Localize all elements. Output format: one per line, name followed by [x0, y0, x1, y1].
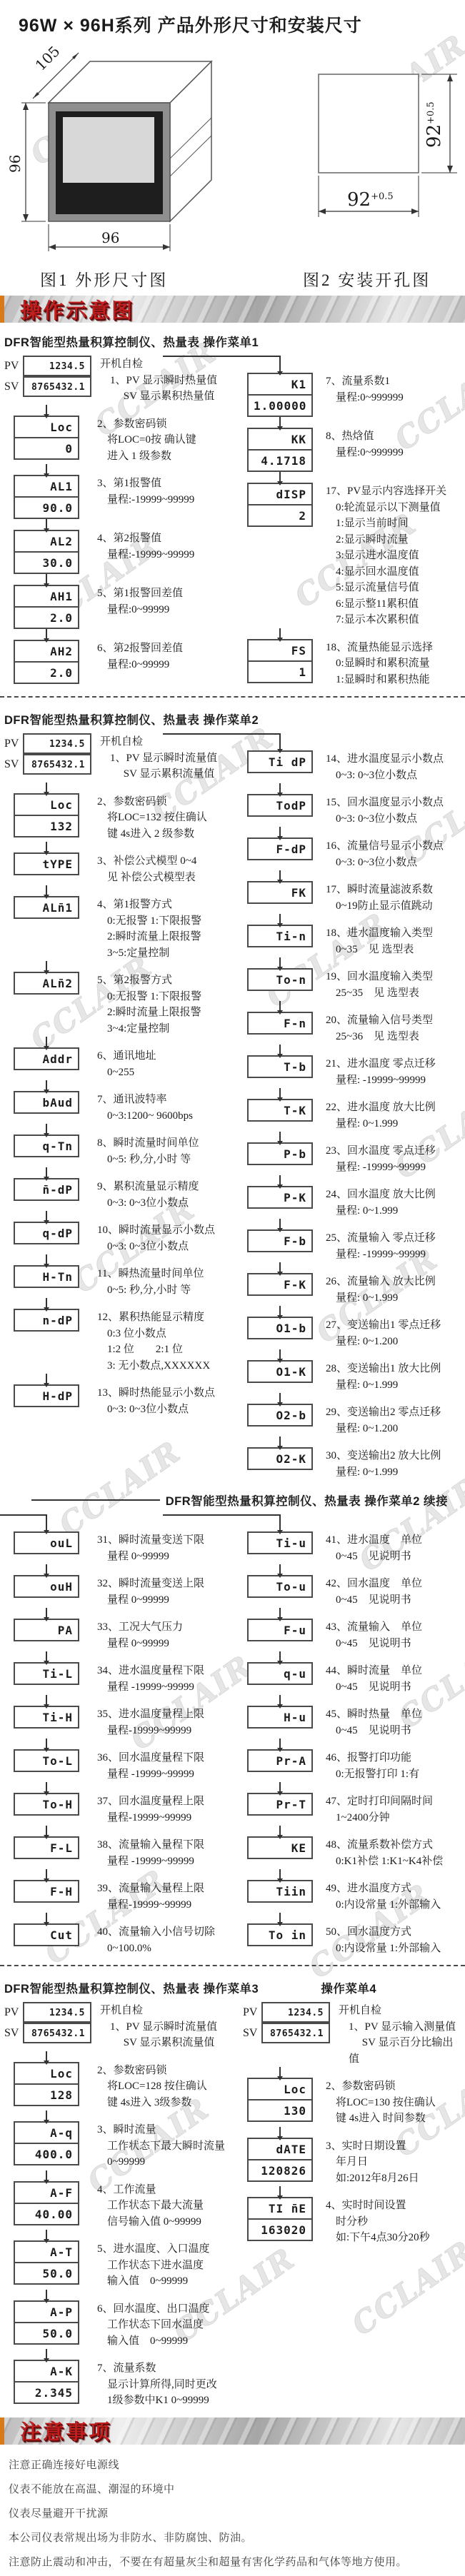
connector	[4, 1826, 89, 1836]
pvsv-row: SV8765432.1	[243, 2023, 330, 2043]
lcd-param-name: Cut	[14, 1923, 79, 1946]
description-line: 46、报警打印功能	[326, 1750, 462, 1766]
lcd-box-column: bAud	[4, 1091, 89, 1124]
menu-column-left: PV1234.5SV8765432.1开机自检1、PV 显示瞬时流量值 SV 显…	[4, 2002, 243, 2409]
lcd-param-name: P-K	[247, 1186, 313, 1209]
fig1-dim-width: 96	[101, 229, 119, 246]
description-line: 工作状态下进水温度	[97, 2258, 243, 2274]
lcd-box-column: F-u	[243, 1619, 317, 1651]
lcd-box-column: A-T50.0	[4, 2240, 89, 2290]
note-line: 本公司仪表常规出场为非防水、非防腐蚀、防油。	[9, 2530, 458, 2545]
pvsv-row: SV8765432.1	[4, 754, 91, 775]
description-line: 量程 -19999~99999	[97, 1853, 243, 1870]
down-arrow	[46, 1254, 47, 1265]
connector	[243, 1608, 317, 1619]
pv-sv-display: PV1234.5SV8765432.1	[243, 2002, 330, 2043]
connector	[243, 1437, 317, 1447]
description-line: 开机自检	[100, 2003, 243, 2019]
lcd-display: ouH	[14, 1575, 79, 1598]
menu-section: DFR智能型热量积算控制仪、热量表 操作菜单3操作菜单4PV1234.5SV87…	[0, 1969, 465, 2410]
lcd-box-column: q-Tn	[4, 1134, 89, 1167]
down-arrow	[46, 1608, 47, 1619]
lcd-box-column: F-dP	[243, 837, 317, 870]
description-line: 0~5: 秒,分,小时 等	[97, 1282, 243, 1299]
lcd-display: KK4.1718	[247, 428, 313, 472]
description-line: 42、回水温度 单位	[326, 1576, 462, 1592]
lcd-display: H-Tn	[14, 1265, 79, 1288]
lcd-box-column: ALn̄2	[4, 972, 89, 1037]
param-description: 4、第1报警方式0:无报警 1:下限报警2:瞬时流量上限报警3~5:定量控制	[97, 896, 243, 961]
down-arrow	[279, 2067, 281, 2078]
description-line: 0~35 见 选型表	[326, 942, 462, 958]
down-arrow	[46, 2170, 47, 2181]
lcd-box-column: H-u	[243, 1706, 317, 1739]
menu-title: DFR智能型热量积算控制仪、热量表 操作菜单1	[4, 333, 259, 350]
lcd-param-name: To-L	[14, 1749, 79, 1772]
connector	[243, 2186, 317, 2197]
menu-title: DFR智能型热量积算控制仪、热量表 操作菜单2	[4, 710, 259, 728]
lcd-param-name: KK	[247, 428, 313, 451]
lcd-display: ouL	[14, 1531, 79, 1554]
connector	[243, 914, 317, 925]
lcd-param-name: O1-b	[247, 1317, 313, 1339]
lcd-box-column: FS1	[243, 639, 317, 688]
param-description: 20、流量输入信号类型25~36 见 选型表	[326, 1012, 462, 1045]
lcd-display: TodP	[247, 794, 313, 817]
down-arrow	[279, 628, 281, 639]
connector	[243, 472, 317, 483]
param-description: 2、参数密码锁将LOC=128 按住确认键 4s进入 3级参数	[97, 2062, 243, 2111]
description-line: 量程: 0~1.999	[326, 1203, 462, 1219]
description-line: 4、工作流量	[97, 2182, 243, 2198]
figure2-cutout-drawing: 92+0.5 92+0.5	[270, 37, 465, 266]
lcd-param-name: AL1	[14, 475, 79, 498]
menu-header-row: DFR智能型热量积算控制仪、热量表 操作菜单2 续接	[4, 1487, 462, 1514]
description-line: 0~45 见说明书	[326, 1723, 462, 1739]
lcd-param-name: q-Tn	[14, 1134, 79, 1157]
connector	[243, 1132, 317, 1142]
param-description: 5、第2报警方式0:无报警 1:下限报警2:瞬时流量上限报警3~4:定量控制	[97, 972, 243, 1037]
flow-item: Pr-A46、报警打印功能0:无报警打印 1:有	[243, 1749, 462, 1782]
fig2-dim-h-tol: +0.5	[371, 191, 394, 202]
lcd-display: F-K	[247, 1273, 313, 1296]
flow-item: Loc1282、参数密码锁将LOC=128 按住确认键 4s进入 3级参数	[4, 2062, 243, 2111]
flow-item: F-H39、流量输入量程上限量程-19999~99999	[4, 1880, 243, 1913]
lcd-param-name: A-q	[14, 2121, 79, 2144]
description-line: 1、PV 显示输入测量值	[339, 2019, 462, 2036]
lcd-param-name: A-T	[14, 2240, 79, 2263]
down-arrow	[279, 1782, 281, 1793]
lcd-param-name: F-K	[247, 1273, 313, 1296]
connector	[4, 574, 89, 585]
lcd-box-column: PV1234.5SV8765432.1	[4, 733, 91, 783]
lcd-param-name: F-H	[14, 1880, 79, 1903]
param-description: 8、热焓值量程:0~999999	[326, 428, 462, 472]
down-arrow	[46, 1869, 47, 1880]
section-divider	[0, 1965, 465, 1966]
description-line: 1、PV 显示瞬时流量值	[100, 2019, 243, 2036]
lcd-param-value: 2	[247, 504, 313, 527]
description-line: 量程-19999~99999	[97, 1897, 243, 1913]
param-description: 开机自检1、PV 显示输入测量值 SV 显示百分比输出值	[339, 2002, 462, 2067]
lcd-display: Loc132	[14, 793, 79, 837]
connector	[243, 1913, 317, 1923]
param-description: 7、流量系数显示计算所得,同时更改1级参数中K1 0~99999	[97, 2360, 243, 2409]
lcd-box-column: H-Tn	[4, 1265, 89, 1298]
fig2-dim-h: 92	[347, 189, 371, 211]
connector	[4, 1651, 89, 1662]
flow-item: bAud7、通讯波特率0~3:1200~ 9600bps	[4, 1091, 243, 1124]
pv-value-display: 1234.5	[23, 2002, 91, 2023]
description-line: 29、变送输出2 零点迁移	[326, 1404, 462, 1421]
connector	[243, 1564, 317, 1575]
description-line: 3、瞬时流量	[97, 2122, 243, 2138]
description-line: 0~5: 秒,分,小时 等	[97, 1152, 243, 1168]
down-arrow	[279, 1132, 281, 1142]
lcd-display: H-u	[247, 1706, 313, 1729]
lcd-box-column: PV1234.5SV8765432.1	[4, 2002, 91, 2051]
param-description: 3、实时日期设置年月日如:2012年8月26日	[326, 2138, 462, 2187]
description-line: SV 显示累积流量值	[100, 2035, 243, 2051]
param-description: 42、回水温度 单位0~45 见说明书	[326, 1575, 462, 1608]
description-line: 2、参数密码锁	[97, 2063, 243, 2079]
down-arrow	[46, 1374, 47, 1384]
lcd-box-column: A-F40.00	[4, 2181, 89, 2230]
lcd-box-column: F-K	[243, 1273, 317, 1306]
down-arrow	[279, 1651, 281, 1662]
fig2-dim-v: 92	[424, 124, 445, 148]
flow-item: F-n20、流量输入信号类型25~36 见 选型表	[243, 1012, 462, 1045]
connector	[243, 2067, 317, 2078]
description-line: 0~3: 0~3位小数点	[97, 1195, 243, 1212]
lcd-param-value: 1	[247, 660, 313, 683]
param-description: 48、流量系数补偿方式0:K1补偿 1:K1~K4补偿	[326, 1836, 462, 1869]
connector	[4, 2349, 89, 2360]
connector	[4, 2110, 89, 2121]
down-arrow	[279, 1739, 281, 1749]
param-description: 3、第1报警值量程:-19999~99999	[97, 475, 243, 519]
description-line: 15、回水温度显示小数点	[326, 795, 462, 811]
description-line: SV 显示百分比输出值	[339, 2035, 462, 2067]
lcd-box-column: Ti dP	[243, 750, 317, 783]
description-line: 12、累积热能显示精度	[97, 1309, 243, 1326]
operation-banner-title: 操作示意图	[4, 295, 134, 324]
description-line: 4、第1报警方式	[97, 897, 243, 913]
connector	[243, 957, 317, 968]
lcd-box-column: PV1234.5SV8765432.1	[4, 356, 91, 405]
param-description: 27、变送输出1 零点迁移量程: 0~1.200	[326, 1317, 462, 1349]
description-line: 5:显示流量信号值	[326, 580, 462, 596]
lcd-display: Tiin	[247, 1880, 313, 1903]
description-line: 量程: 0~1.200	[326, 1334, 462, 1350]
entry-arrow	[279, 1514, 281, 1531]
param-description: 28、变送输出1 放大比例量程: 0~1.999	[326, 1360, 462, 1393]
lcd-param-value: 2.0	[14, 661, 79, 684]
lcd-display: n̄-dP	[14, 1178, 79, 1201]
param-description: 17、瞬时流量滤波系数0~19防止显示值跳动	[326, 881, 462, 914]
connector	[243, 1393, 317, 1404]
lcd-display: K11.00000	[247, 373, 313, 417]
lcd-display: O2-K	[247, 1447, 313, 1470]
down-arrow	[46, 629, 47, 640]
menu-column-left: ouL31、瞬时流量变送下限量程 0~99999ouH32、瞬时流量变送上限量程…	[4, 1514, 243, 1956]
param-description: 2、参数密码锁将LOC=0按 确认键进入 1 级参数	[97, 416, 243, 465]
pv-value-display: 1234.5	[261, 2002, 330, 2023]
param-description: 开机自检1、PV 显示瞬时流量值 SV 显示累积流量值	[100, 2002, 243, 2051]
description-line: 见 补偿公式模型表	[97, 870, 243, 886]
pvsv-row: PV1234.5	[243, 2002, 330, 2023]
description-line: 量程:-19999~99999	[97, 492, 243, 508]
lcd-param-value: 30.0	[14, 551, 79, 574]
description-line: 开机自检	[100, 734, 243, 750]
connector	[4, 2170, 89, 2181]
description-line: 量程 0~99999	[97, 1592, 243, 1609]
connector	[4, 842, 89, 852]
lcd-display: Ti-L	[14, 1662, 79, 1685]
menu-header-row: DFR智能型热量积算控制仪、热量表 操作菜单2	[4, 706, 462, 733]
lcd-display: TI n̄E163020	[247, 2197, 313, 2241]
lcd-param-name: TI n̄E	[247, 2197, 313, 2220]
lcd-display: AH12.0	[14, 585, 79, 629]
pv-sv-display: PV1234.5SV8765432.1	[4, 733, 91, 775]
flow-item: Ti-n18、进水温度输入类型0~35 见 选型表	[243, 925, 462, 957]
param-description: 6、回水温度、出口温度工作状态下回水温度输入值 0~99999	[97, 2300, 243, 2350]
description-line: 工作状态下最大流量	[97, 2198, 243, 2214]
description-line: SV 显示累积热量值	[100, 388, 243, 405]
lcd-param-value: 2.0	[14, 606, 79, 629]
description-line: 如:2012年8月26日	[326, 2170, 462, 2187]
flow-item: AL190.03、第1报警值量程:-19999~99999	[4, 475, 243, 519]
description-line: 0~99999	[97, 2154, 243, 2170]
down-arrow	[279, 1393, 281, 1404]
lcd-box-column: AH22.0	[4, 640, 89, 684]
lcd-param-name: O1-K	[247, 1360, 313, 1383]
param-description: 43、流量输入 单位0~45 见说明书	[326, 1619, 462, 1651]
description-line: 0:3 位小数点	[97, 1326, 243, 1342]
description-line: 18、进水温度输入类型	[326, 925, 462, 942]
down-arrow	[279, 1045, 281, 1055]
lcd-param-name: To-n	[247, 968, 313, 991]
connector	[4, 961, 89, 972]
param-description: 14、进水温度显示小数点0~3: 0~3位小数点	[326, 750, 462, 783]
flow-item: TodP15、回水温度显示小数点0~3: 0~3位小数点	[243, 794, 462, 827]
description-line: 量程-19999~99999	[97, 1810, 243, 1826]
lcd-param-value: 163020	[247, 2218, 313, 2241]
connector	[4, 1695, 89, 1706]
param-description: 44、瞬时流量 单位0~45 见说明书	[326, 1662, 462, 1695]
lcd-display: P-K	[247, 1186, 313, 1209]
lcd-box-column: AH12.0	[4, 585, 89, 629]
connector	[243, 1782, 317, 1793]
description-line: 0:内设常量 1:外部输入	[326, 1897, 462, 1913]
flow-item: H-Tn11、瞬热流量时间单位0~5: 秒,分,小时 等	[4, 1265, 243, 1298]
description-line: SV 显示累积流量值	[100, 766, 243, 783]
lcd-display: Loc130	[247, 2078, 313, 2122]
pv-label: PV	[4, 2002, 23, 2023]
connector	[243, 356, 317, 373]
param-description: 31、瞬时流量变送下限量程 0~99999	[97, 1531, 243, 1564]
description-line: 将LOC=132 按住确认	[97, 810, 243, 826]
lcd-display: O2-b	[247, 1404, 313, 1427]
flow-item: K11.000007、流量系数1量程:0~999999	[243, 373, 462, 417]
description-line: 49、进水温度方式	[326, 1881, 462, 1897]
lcd-param-name: KE	[247, 1836, 313, 1859]
menu-section: DFR智能型热量积算控制仪、热量表 操作菜单2 续接ouL31、瞬时流量变送下限…	[0, 1481, 465, 1958]
flow-item: AH12.05、第1报警回差值量程:0~99999	[4, 585, 243, 629]
description-line: 1、PV 显示瞬时热量值	[100, 373, 243, 389]
down-arrow	[46, 464, 47, 475]
flow-item: A-T50.05、进水温度、入口温度工作状态下进水温度输入值 0~99999	[4, 2240, 243, 2290]
svg-text:92+0.5: 92+0.5	[347, 189, 394, 211]
flow-item: AH22.06、第2报警回差值量程:0~99999	[4, 640, 243, 684]
description-line: 30、变送输出2 放大比例	[326, 1448, 462, 1464]
lcd-param-name: To in	[247, 1923, 313, 1946]
lcd-display: q-Tn	[14, 1134, 79, 1157]
connector	[243, 783, 317, 794]
connector	[243, 628, 317, 639]
description-line: 0~3: 0~3位小数点	[97, 1239, 243, 1255]
lcd-param-name: ouH	[14, 1575, 79, 1598]
description-line: 7:显示本次累积值	[326, 612, 462, 628]
connector	[243, 733, 317, 750]
description-line: 6、第2报警回差值	[97, 640, 243, 657]
fig1-dim-depth: 105	[32, 43, 64, 74]
description-line: 14、进水温度显示小数点	[326, 751, 462, 768]
lcd-box-column: Loc128	[4, 2062, 89, 2111]
lcd-display: Ti-H	[14, 1706, 79, 1729]
description-line: 37、回水温度量程上限	[97, 1793, 243, 1810]
pv-sv-display: PV1234.5SV8765432.1	[4, 356, 91, 397]
lcd-param-value: 50.0	[14, 2262, 79, 2285]
down-arrow	[279, 1219, 281, 1229]
flow-item: KK4.17188、热焓值量程:0~999999	[243, 428, 462, 472]
flow-item: P-b23、回水温度 零点迁移量程: -19999~99999	[243, 1142, 462, 1175]
description-line: 量程 -19999~99999	[97, 1679, 243, 1696]
lcd-param-name: K1	[247, 373, 313, 396]
down-arrow	[46, 1651, 47, 1662]
lcd-param-name: A-P	[14, 2300, 79, 2323]
connector	[4, 464, 89, 475]
lcd-box-column: Ti-L	[4, 1662, 89, 1695]
down-arrow	[279, 1088, 281, 1099]
down-arrow	[279, 827, 281, 837]
description-line: 量程: 0~1.200	[326, 1421, 462, 1437]
lcd-display: AH22.0	[14, 640, 79, 684]
figures-area: 105 96 96 92+0.5	[0, 37, 465, 296]
lcd-box-column: T-K	[243, 1099, 317, 1132]
down-arrow	[46, 2290, 47, 2300]
lcd-param-name: A-K	[14, 2360, 79, 2383]
down-arrow	[279, 472, 281, 483]
flow-item: tYPE3、补偿公式模型 0~4见 补偿公式模型表	[4, 852, 243, 885]
lcd-param-name: FS	[247, 639, 313, 662]
connector-line	[31, 1499, 160, 1501]
lcd-param-name: Loc	[14, 416, 79, 438]
description-line: 将LOC=128 按住确认	[97, 2078, 243, 2095]
lcd-box-column: Ti-H	[4, 1706, 89, 1739]
connector	[4, 2230, 89, 2240]
down-arrow	[46, 1298, 47, 1309]
description-line: 10、瞬时流量显示小数点	[97, 1222, 243, 1239]
description-line: 输入值 0~99999	[97, 2273, 243, 2290]
pvsv-row: PV1234.5	[4, 2002, 91, 2023]
lcd-box-column: P-b	[243, 1142, 317, 1175]
description-line: 20、流量输入信号类型	[326, 1012, 462, 1029]
menu-title-text: DFR智能型热量积算控制仪、热量表 操作菜单3	[4, 1983, 259, 1996]
flow-item: Loc1302、参数密码锁将LOC=130 按住确认键 4s进入 时间参数	[243, 2078, 462, 2127]
description-line: 27、变送输出1 零点迁移	[326, 1317, 462, 1334]
lcd-box-column: A-q400.0	[4, 2121, 89, 2170]
menu-column-left: PV1234.5SV8765432.1开机自检1、PV 显示瞬时流量值 SV 显…	[4, 733, 243, 1417]
down-arrow	[46, 961, 47, 972]
description-line: 7、流量系数1	[326, 373, 462, 390]
note-line: 注意防止震动和冲击，不要在有超量灰尘和超量有害化学药品和气体等地方使用。	[9, 2554, 458, 2569]
description-line: 开机自检	[339, 2003, 462, 2019]
lcd-param-name: F-L	[14, 1836, 79, 1859]
pv-sv-display: PV1234.5SV8765432.1	[4, 2002, 91, 2043]
sv-label: SV	[4, 376, 23, 397]
description-line: 0~3: 0~3位小数点	[326, 768, 462, 784]
param-description: 19、回水温度输入类型25~35 见 选型表	[326, 968, 462, 1001]
flow-item: Addr6、通讯地址0~255	[4, 1047, 243, 1080]
param-description: 46、报警打印功能0:无报警打印 1:有	[326, 1749, 462, 1782]
lcd-box-column: Loc130	[243, 2078, 317, 2127]
flow-item: To-u42、回水温度 单位0~45 见说明书	[243, 1575, 462, 1608]
lcd-box-column: ouL	[4, 1531, 89, 1564]
param-description: 18、流量热能显示选择0:显瞬时和累积流量1:显瞬时和累积热能	[326, 639, 462, 688]
flow-item: To-L36、回水温度量程下限量程 -19999~99999	[4, 1749, 243, 1782]
param-description: 15、回水温度显示小数点0~3: 0~3位小数点	[326, 794, 462, 827]
flow-item: ALn̄25、第2报警方式0:无报警 1:下限报警2:瞬时流量上限报警3~4:定…	[4, 972, 243, 1037]
connector	[243, 827, 317, 837]
down-arrow	[46, 1739, 47, 1749]
description-line: 显示计算所得,同时更改	[97, 2377, 243, 2393]
down-arrow	[46, 783, 47, 793]
down-arrow	[279, 1913, 281, 1923]
lcd-param-name: ALn̄1	[14, 896, 79, 919]
down-arrow	[279, 914, 281, 925]
connector	[4, 1167, 89, 1178]
description-line: 43、流量输入 单位	[326, 1619, 462, 1636]
connector	[243, 1739, 317, 1749]
description-line: 45、瞬时热量 单位	[326, 1706, 462, 1723]
description-line: 8、瞬时流量时间单位	[97, 1135, 243, 1152]
description-line: 0:无报警 1:下限报警	[97, 989, 243, 1005]
flow-item: F-b25、流量输入 零点迁移量程: -19999~99999	[243, 1229, 462, 1262]
connector	[4, 2051, 89, 2062]
lcd-box-column: H-dP	[4, 1384, 89, 1417]
description-line: 0~45 见说明书	[326, 1592, 462, 1609]
connector	[243, 1514, 317, 1531]
down-arrow	[46, 2349, 47, 2360]
pv-label: PV	[4, 356, 23, 376]
description-line: 量程: -19999~99999	[326, 1072, 462, 1089]
pvsv-row: SV8765432.1	[4, 376, 91, 397]
lcd-param-name: O2-b	[247, 1404, 313, 1427]
operation-menus: DFR智能型热量积算控制仪、热量表 操作菜单1PV1234.5SV8765432…	[0, 323, 465, 2410]
lcd-param-name: F-dP	[247, 837, 313, 860]
description-line: 25~35 见 选型表	[326, 985, 462, 1002]
description-line: 0~3: 0~3位小数点	[326, 855, 462, 871]
param-description: 8、瞬时流量时间单位0~5: 秒,分,小时 等	[97, 1134, 243, 1167]
description-line: 量程:0~999999	[326, 445, 462, 461]
lcd-box-column: O1-K	[243, 1360, 317, 1393]
down-arrow	[46, 519, 47, 530]
flow-item: T-K22、进水温度 放大比例量程: 0~1.999	[243, 1099, 462, 1132]
lcd-box-column: dATE120826	[243, 2138, 317, 2187]
flow-item: FK17、瞬时流量滤波系数0~19防止显示值跳动	[243, 881, 462, 914]
lcd-param-name: ALn̄2	[14, 972, 79, 995]
